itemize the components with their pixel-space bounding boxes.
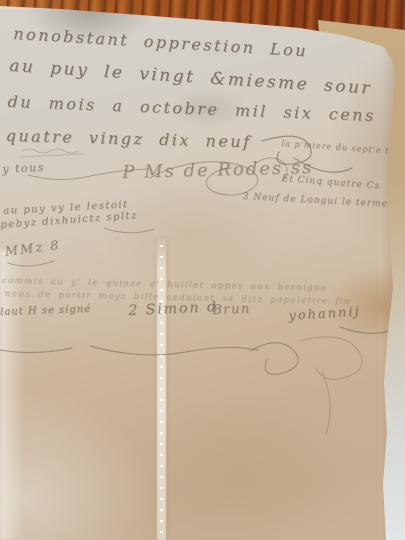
parchment-sheet: nonobstant opprestion Lou au puy le ving…: [0, 0, 405, 540]
photo-of-manuscript: nonobstant opprestion Lou au puy le ving…: [0, 0, 405, 540]
ink-flourishes: [0, 0, 405, 540]
